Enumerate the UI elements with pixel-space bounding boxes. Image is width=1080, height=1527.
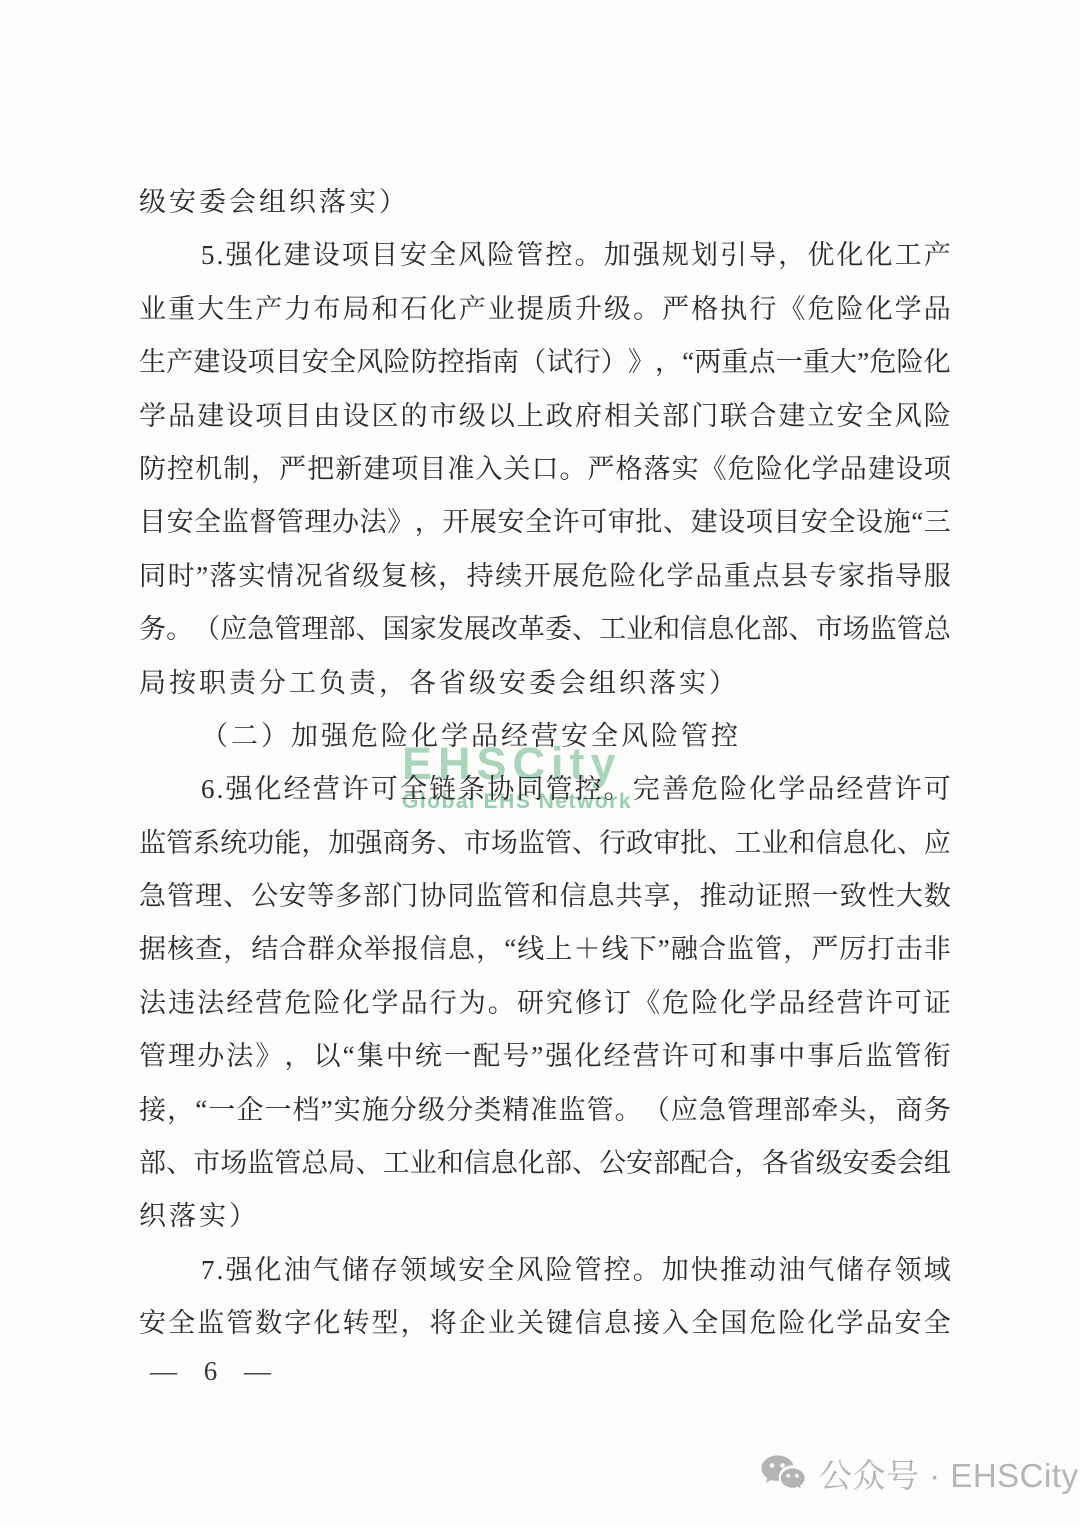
document-line: 据核查，结合群众举报信息，“线上＋线下”融合监管，严厉打击非 <box>139 923 951 976</box>
document-line: 管理办法》，以“集中统一配号”强化经营许可和事中事后监管衔 <box>139 1030 951 1083</box>
document-line: 局按职责分工负责，各省级安委会组织落实） <box>139 657 951 710</box>
wechat-account-badge: 公众号 · EHSCity <box>760 1454 1079 1496</box>
document-line: 学品建设项目由设区的市级以上政府相关部门联合建立安全风险 <box>139 390 951 443</box>
page-number: — 6 — <box>150 1355 273 1387</box>
document-line: 同时”落实情况省级复核，持续开展危险化学品重点县专家指导服 <box>139 550 951 603</box>
document-line: 业重大生产力布局和石化产业提质升级。严格执行《危险化学品 <box>139 283 951 336</box>
document-line: 目安全监督管理办法》，开展安全许可审批、建设项目安全设施“三 <box>139 496 951 549</box>
document-line: 生产建设项目安全风险防控指南（试行）》，“两重点一重大”危险化 <box>139 336 951 389</box>
document-line: 法违法经营危险化学品行为。研究修订《危险化学品经营许可证 <box>139 977 951 1030</box>
scanned-document-page: EHSCity Global EHS Network 级安委会组织落实）5.强化… <box>0 0 1080 1527</box>
wechat-account-label: 公众号 · EHSCity <box>819 1459 1079 1492</box>
document-line: 7.强化油气储存领域安全风险管控。加快推动油气储存领域 <box>139 1244 951 1297</box>
wechat-icon <box>760 1454 806 1496</box>
document-line: 6.强化经营许可全链条协同管控。完善危险化学品经营许可 <box>139 763 951 816</box>
document-line: 急管理、公安等多部门协同监管和信息共享，推动证照一致性大数 <box>139 870 951 923</box>
document-line: 织落实） <box>139 1190 951 1243</box>
document-line: 接，“一企一档”实施分级分类精准监管。（应急管理部牵头，商务 <box>139 1084 951 1137</box>
document-line: 级安委会组织落实） <box>139 176 951 229</box>
document-line: 安全监管数字化转型，将企业关键信息接入全国危险化学品安全 <box>139 1297 951 1350</box>
document-line: 5.强化建设项目安全风险管控。加强规划引导，优化化工产 <box>139 229 951 282</box>
document-line: 防控机制，严把新建项目准入关口。严格落实《危险化学品建设项 <box>139 443 951 496</box>
document-line: 务。（应急管理部、国家发展改革委、工业和信息化部、市场监管总 <box>139 603 951 656</box>
document-line: （二）加强危险化学品经营安全风险管控 <box>139 710 951 763</box>
document-line: 监管系统功能，加强商务、市场监管、行政审批、工业和信息化、应 <box>139 817 951 870</box>
document-text: 级安委会组织落实）5.强化建设项目安全风险管控。加强规划引导，优化化工产业重大生… <box>139 176 951 1351</box>
document-line: 部、市场监管总局、工业和信息化部、公安部配合，各省级安委会组 <box>139 1137 951 1190</box>
